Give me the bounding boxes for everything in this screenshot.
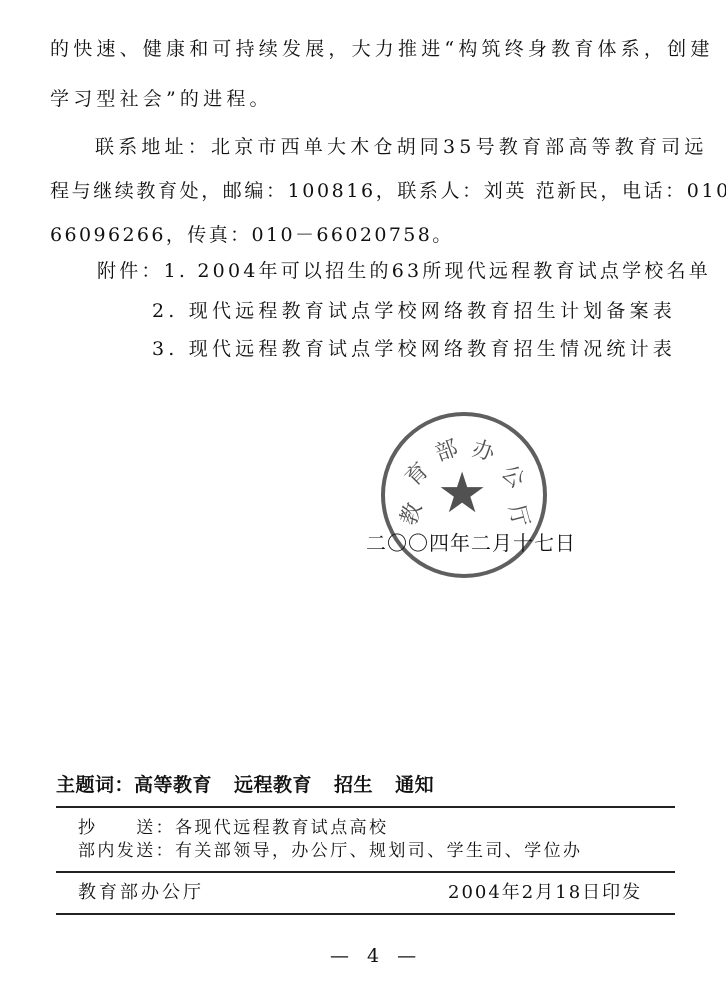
divider [56,806,675,808]
attachment-item: 2. 现代远程教育试点学校网络教育招生计划备案表 [152,302,676,321]
contact-line: 66096266，传真：010－66020758。 [50,226,454,245]
seal-char: 厅 [502,501,538,530]
attachment-line: 附件：1. 2004年可以招生的63所现代远程教育试点学校名单 [97,262,711,281]
divider [56,871,675,873]
divider [56,913,675,915]
internal-distribution-line: 部内发送：有关部领导，办公厅、规划司、学生司、学位办 [78,843,582,860]
contact-line: 程与继续教育处，邮编：100816，联系人：刘英 范新民，电话：010－ [50,182,726,201]
keyword: 高等教育 [134,774,212,796]
keyword: 招生 [334,774,373,796]
keyword: 远程教育 [234,774,312,796]
seal-char: 公 [495,457,532,494]
contact-line: 联系地址：北京市西单大木仓胡同35号教育部高等教育司远 [95,138,708,157]
paragraph-line: 学习型社会”的进程。 [50,90,273,109]
attachment-item: 3. 现代远程教育试点学校网络教育招生情况统计表 [152,340,676,359]
star-icon: ★ [437,466,487,522]
page-number: — 4 — [330,945,422,967]
cc-value: 各现代远程教育试点高校 [175,818,388,838]
seal-char: 教 [392,498,429,529]
cc-label: 抄 送： [78,818,175,838]
paragraph-line: 的快速、健康和可持续发展，大力推进“构筑终身教育体系，创建 [50,40,714,59]
keywords-line: 主题词：高等教育远程教育招生通知 [56,776,434,795]
keyword: 通知 [395,774,434,796]
internal-value: 有关部领导，办公厅、规划司、学生司、学位办 [175,841,582,861]
issuer: 教育部办公厅 [78,884,204,902]
cc-line: 抄 送：各现代远程教育试点高校 [78,820,388,837]
internal-label: 部内发送： [78,841,175,861]
seal-char: 育 [397,455,434,492]
keywords-label: 主题词： [56,774,134,796]
print-date: 2004年2月18日印发 [448,884,642,902]
issue-date: 二〇〇四年二月十七日 [366,533,576,553]
